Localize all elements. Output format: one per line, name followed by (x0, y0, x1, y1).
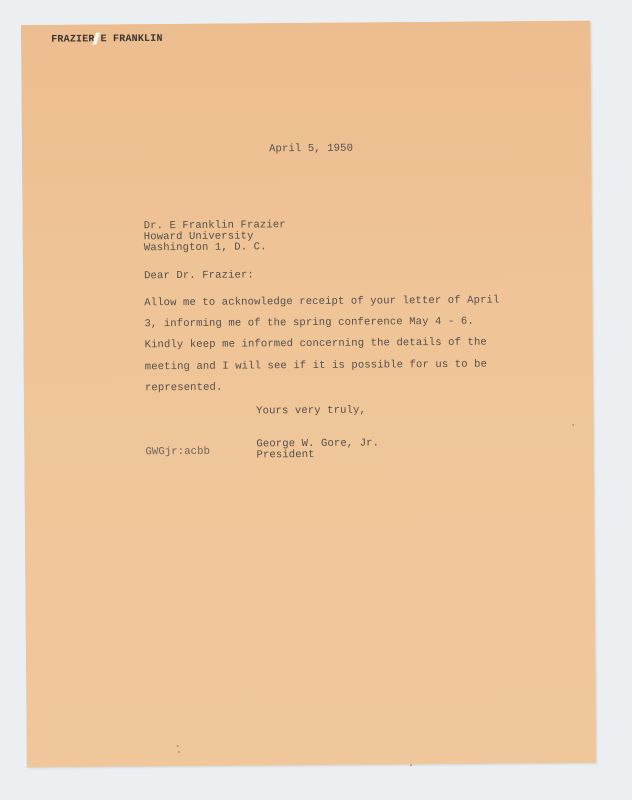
letter-date: April 5, 1950 (269, 144, 353, 156)
complimentary-close: Yours very truly, (256, 406, 366, 418)
body-line: Kindly keep me informed concerning the d… (145, 333, 500, 357)
folder-label: FRAZIERE FRANKLIN (51, 32, 163, 46)
paper-speck (410, 764, 412, 766)
body-line: 3, informing me of the spring conference… (144, 312, 499, 336)
folder-label-surname: FRAZIER (51, 34, 95, 45)
paper-speck (572, 424, 574, 426)
letter-page: FRAZIERE FRANKLIN April 5, 1950 Dr. E Fr… (21, 21, 596, 767)
paper-speck (178, 751, 180, 753)
letter-body: Allow me to acknowledge receipt of your … (144, 290, 500, 399)
body-line: meeting and I will see if it is possible… (145, 354, 500, 378)
recipient-address: Dr. E Franklin FrazierHoward UniversityW… (144, 220, 286, 254)
salutation: Dear Dr. Frazier: (144, 270, 254, 282)
paper-speck (177, 745, 179, 747)
signer-title: President (256, 449, 379, 461)
reference-initials: GWGjr:acbb (145, 447, 210, 459)
folder-label-given-name: E FRANKLIN (101, 34, 163, 45)
body-line: Allow me to acknowledge receipt of your … (144, 290, 499, 314)
signature-block: George W. Gore, Jr.President (256, 438, 379, 461)
body-line: represented. (145, 375, 500, 399)
recipient-city: Washington 1, D. C. (144, 242, 286, 254)
